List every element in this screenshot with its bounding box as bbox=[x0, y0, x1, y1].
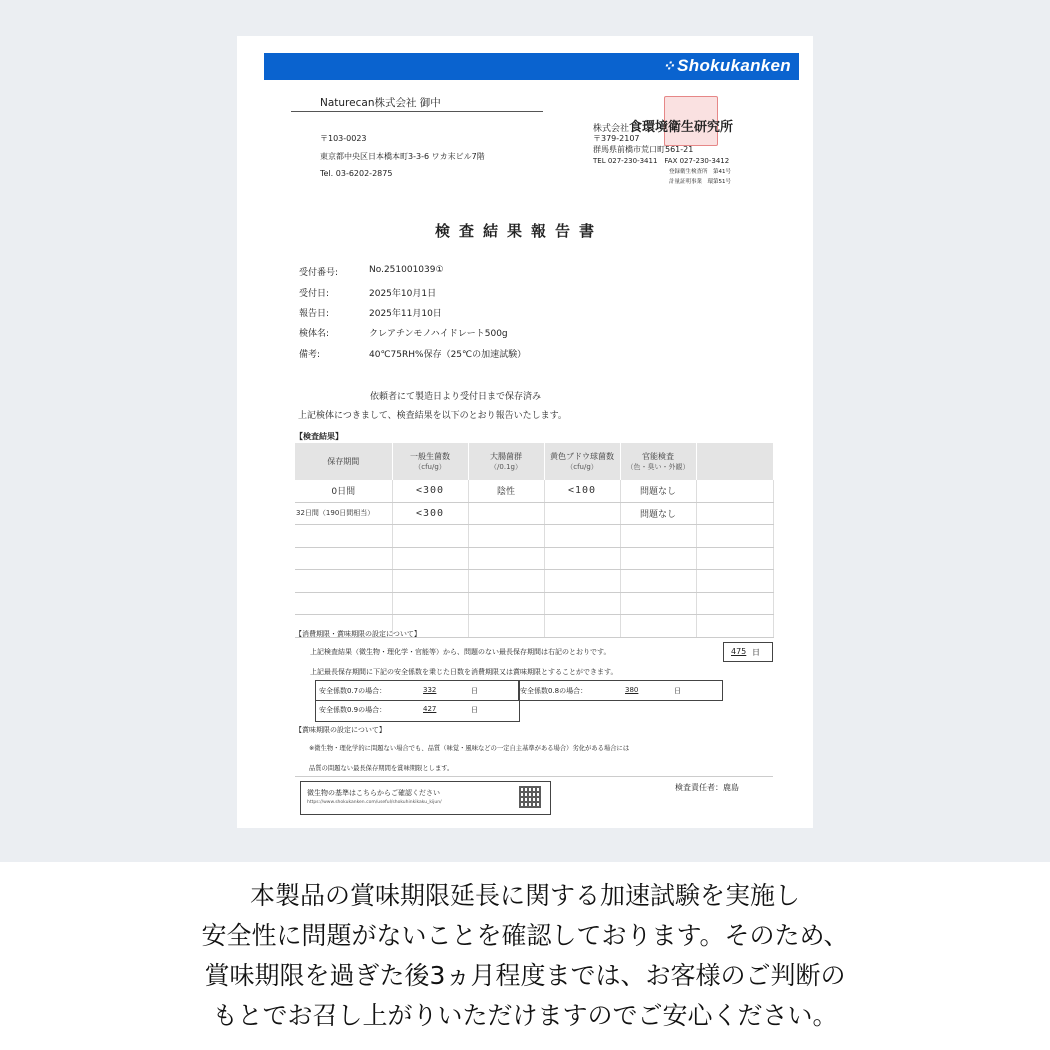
header-unit: （/0.1g） bbox=[490, 463, 522, 471]
header-unit: （cfu/g） bbox=[566, 463, 598, 471]
table-cell bbox=[696, 525, 773, 548]
table-cell bbox=[544, 570, 620, 593]
table-cell: 問題なし bbox=[620, 480, 696, 502]
max-days-value: 475 bbox=[731, 647, 746, 656]
factor-label: 安全係数0.8の場合： bbox=[520, 686, 587, 696]
meta-value: 40℃75RH%保存（25℃の加速試験） bbox=[369, 347, 526, 360]
meta-label: 備考: bbox=[299, 347, 320, 360]
best-before-section-title: 【賞味期限の設定について】 bbox=[295, 725, 386, 735]
header-unit: （色・臭い・外観） bbox=[627, 463, 690, 471]
table-cell: 32日間（190日間相当） bbox=[295, 502, 392, 525]
factor-days: 380 bbox=[625, 686, 638, 694]
table-cell: <300 bbox=[392, 480, 468, 502]
lab-address: 群馬県前橋市荒口町561-21 bbox=[593, 144, 693, 155]
table-cell bbox=[620, 570, 696, 593]
results-column-header: 一般生菌数（cfu/g） bbox=[392, 443, 468, 480]
header-label: 保存期間 bbox=[296, 457, 391, 467]
results-table: 保存期間一般生菌数（cfu/g）大腸菌群（/0.1g）黄色ブドウ球菌数（cfu/… bbox=[295, 443, 774, 638]
table-cell bbox=[295, 570, 392, 593]
header-label: 一般生菌数 bbox=[394, 452, 467, 462]
brand-logo: ⁘Shokukanken bbox=[662, 56, 791, 76]
table-row bbox=[295, 592, 773, 615]
brand-name: Shokukanken bbox=[677, 56, 791, 75]
results-column-header: 官能検査（色・臭い・外観） bbox=[620, 443, 696, 480]
lab-registration-1: 登録衛生検査所 第41号 bbox=[669, 167, 731, 175]
table-row: 0日間<300陰性<100問題なし bbox=[295, 480, 773, 502]
table-cell bbox=[468, 592, 544, 615]
meta-label: 報告日: bbox=[299, 306, 329, 319]
reference-text: 微生物の基準はこちらからご確認ください bbox=[307, 788, 440, 798]
table-cell bbox=[468, 547, 544, 570]
table-cell bbox=[620, 615, 696, 638]
factor-days: 427 bbox=[423, 705, 436, 713]
meta-value: クレアチンモノハイドレート500g bbox=[369, 326, 508, 339]
table-cell bbox=[620, 592, 696, 615]
day-unit: 日 bbox=[674, 686, 681, 696]
report-intro: 上記検体につきまして、検査結果を以下のとおり報告いたします。 bbox=[298, 408, 567, 421]
results-column-header: 黄色ブドウ球菌数（cfu/g） bbox=[544, 443, 620, 480]
table-cell bbox=[544, 525, 620, 548]
molecule-logo-icon: ⁘ bbox=[662, 58, 675, 75]
best-before-line-2: 品質の問題ない最長保存期間を賞味期限とします。 bbox=[309, 763, 453, 772]
results-column-header: 保存期間 bbox=[295, 443, 392, 480]
table-cell bbox=[392, 547, 468, 570]
table-cell bbox=[696, 480, 773, 502]
table-cell bbox=[620, 525, 696, 548]
test-report-document: ⁘Shokukanken Naturecan株式会社 御中 〒103-0023 … bbox=[237, 36, 813, 828]
caption-line: もとでお召し上がりいただけますのでご安心ください。 bbox=[0, 996, 1050, 1036]
divider bbox=[295, 776, 773, 777]
table-cell bbox=[696, 615, 773, 638]
table-cell bbox=[468, 525, 544, 548]
meta-label: 受付日: bbox=[299, 286, 329, 299]
report-title: 検査結果報告書 bbox=[435, 220, 603, 241]
lab-tel-fax: TEL 027-230-3411 FAX 027-230-3412 bbox=[593, 156, 729, 166]
meta-label: 受付番号: bbox=[299, 265, 338, 278]
lab-postal: 〒379-2107 bbox=[593, 133, 640, 144]
table-cell: 問題なし bbox=[620, 502, 696, 525]
table-cell bbox=[544, 592, 620, 615]
table-row bbox=[295, 525, 773, 548]
addressee-tel: Tel. 03-6202-2875 bbox=[320, 169, 392, 178]
table-row bbox=[295, 547, 773, 570]
table-cell bbox=[544, 615, 620, 638]
factor-label: 安全係数0.9の場合： bbox=[319, 705, 386, 715]
day-unit: 日 bbox=[471, 686, 478, 696]
addressee-postal: 〒103-0023 bbox=[320, 133, 367, 144]
table-cell bbox=[295, 547, 392, 570]
storage-note: 依頼者にて製造日より受付日まで保存済み bbox=[370, 389, 541, 402]
table-cell bbox=[295, 592, 392, 615]
table-row bbox=[295, 570, 773, 593]
meta-value: 2025年11月10日 bbox=[369, 306, 442, 319]
table-cell: <300 bbox=[392, 502, 468, 525]
factor-label: 安全係数0.7の場合： bbox=[319, 686, 386, 696]
results-column-header bbox=[696, 443, 773, 480]
caption-line: 賞味期限を過ぎた後3ヵ月程度までは、お客様のご判断の bbox=[0, 956, 1050, 996]
addressee-address: 東京都中央区日本橋本町3-3-6 ワカ末ビル7階 bbox=[320, 151, 485, 162]
best-before-line-1: ※微生物・理化学的に問題ない場合でも、品質（味覚・風味などの一定自主基準がある場… bbox=[309, 743, 629, 752]
lab-registration-2: 計量証明事業 環第51号 bbox=[669, 177, 731, 185]
meta-value: 2025年10月1日 bbox=[369, 286, 436, 299]
table-cell bbox=[544, 547, 620, 570]
max-days-box: 475 日 bbox=[723, 642, 773, 662]
reference-box: 微生物の基準はこちらからご確認ください https://www.shokukan… bbox=[300, 781, 551, 815]
table-cell: 陰性 bbox=[468, 480, 544, 502]
document-backdrop: ⁘Shokukanken Naturecan株式会社 御中 〒103-0023 … bbox=[0, 0, 1050, 862]
table-cell: <100 bbox=[544, 480, 620, 502]
table-cell bbox=[392, 570, 468, 593]
results-column-header: 大腸菌群（/0.1g） bbox=[468, 443, 544, 480]
meta-value: No.251001039① bbox=[369, 265, 444, 275]
table-cell bbox=[696, 502, 773, 525]
header-unit: （cfu/g） bbox=[414, 463, 446, 471]
inspector: 検査責任者：鹿島 bbox=[675, 782, 739, 793]
table-cell bbox=[620, 547, 696, 570]
factor-days: 332 bbox=[423, 686, 436, 694]
table-cell bbox=[468, 502, 544, 525]
table-cell: 0日間 bbox=[295, 480, 392, 502]
expiry-section-title: 【消費期限・賞味期限の設定について】 bbox=[295, 629, 421, 639]
reference-url[interactable]: https://www.shokukanken.com/useful/shoku… bbox=[307, 800, 442, 805]
table-cell bbox=[696, 547, 773, 570]
lab-name-main: 食環境衛生研究所 bbox=[629, 120, 733, 135]
expiry-line-1: 上記検査結果（微生物・理化学・官能等）から、問題のない最長保存期間は右記のとおり… bbox=[310, 647, 610, 657]
addressee-underline bbox=[291, 111, 543, 112]
day-unit: 日 bbox=[471, 705, 478, 715]
table-cell bbox=[392, 525, 468, 548]
table-row: 32日間（190日間相当）<300問題なし bbox=[295, 502, 773, 525]
table-cell bbox=[696, 570, 773, 593]
results-section-title: 【検査結果】 bbox=[295, 431, 343, 442]
header-label: 官能検査 bbox=[622, 452, 695, 462]
caption-line: 安全性に問題がないことを確認しております。そのため、 bbox=[0, 916, 1050, 956]
header-band: ⁘Shokukanken bbox=[264, 53, 799, 80]
caption-line: 本製品の賞味期限延長に関する加速試験を実施し bbox=[0, 876, 1050, 916]
header-label: 大腸菌群 bbox=[470, 452, 543, 462]
table-cell bbox=[696, 592, 773, 615]
table-cell bbox=[544, 502, 620, 525]
header-label: 黄色ブドウ球菌数 bbox=[546, 452, 619, 462]
table-cell bbox=[392, 592, 468, 615]
expiry-line-2: 上記最長保存期間に下記の安全係数を乗じた日数を消費期限又は賞味期限とすることがで… bbox=[310, 667, 617, 677]
day-unit: 日 bbox=[752, 647, 760, 658]
table-cell bbox=[468, 570, 544, 593]
table-cell bbox=[468, 615, 544, 638]
addressee-name: Naturecan株式会社 御中 bbox=[320, 95, 441, 110]
qr-code-icon[interactable] bbox=[519, 786, 541, 808]
table-cell bbox=[295, 525, 392, 548]
meta-label: 検体名: bbox=[299, 326, 329, 339]
